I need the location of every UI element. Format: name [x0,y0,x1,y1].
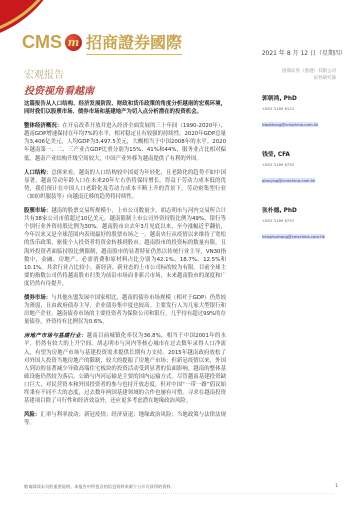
report-title: 投资视角看越南 [24,82,94,97]
section-stock-market: 股票市场：越南的股票交易所规模小，上市公司数量少，胡志明市与河内交易所合计共有3… [24,207,226,288]
page-number: 1 [335,484,338,489]
section-lead: 整体经济概况： [24,123,62,129]
analyst-card: 郭朝鸿, PhD +852 3189 6121 kwokhong@cmschin… [262,93,358,130]
company-info: 招商证券（香港）有限公司 证券研究部 [282,68,336,82]
analyst-email-link[interactable]: qianying@cmschina.com.hk [262,178,315,183]
company-logo: CMS m 招商證券國際 [22,30,182,55]
section-text: 总体来看，越南的人口结构较中国更为年轻化，且老龄化的趋势不如中国显著，越南劳动年… [24,170,226,200]
footer-divider [24,493,334,494]
analyst-email-link[interactable]: henghuzhang@cmschina.com.hk [262,234,325,239]
section-lead: 债券市场： [24,295,51,301]
section-text: 与其他东盟发展中国家相比，越南的债券市场规模（相对于GDP）仍然较为薄弱，且由政… [24,295,226,325]
analyst-phone: +852 3189 6752 [262,162,358,167]
analyst-name: 钱莹, CFA [262,149,358,158]
section-risk: 风险：汇率与利率波动；新冠疫情；经济衰退；地缘政治风险；当地政策与法律法规等。 [24,411,226,427]
company-name: 招商证券（香港）有限公司 [282,68,336,75]
section-lead: 股票市场： [24,208,51,214]
footer-disclaimer: 敬请阅读末页的重要说明。本报告中所包含的信息资料来源于公开可获得的资料。 [24,484,324,490]
analyst-card: 张朴德, PhD +852 3189 6751 henghuzhang@cmsc… [262,205,358,242]
section-economy: 整体经济概况：在开启改革开放并进入经济全面发展的三十年间（1990-2020年）… [24,122,226,162]
section-text: 汇率与利率波动；新冠疫情；经济衰退；地缘政治风险；当地政策与法律法规等。 [24,412,226,426]
report-body: 这篇报告从人口结构、经济发展阶段、财政和货币政策的角度分析越南的宏观环境，同时我… [24,100,226,433]
analyst-name: 张朴德, PhD [262,205,358,214]
section-real-estate: 房地产市场与基建行业：越南目前城镇化率仅为36.8%，相当于中国2001年的水平… [24,332,226,405]
analyst-email-link[interactable]: kwokhong@cmschina.com.hk [262,122,318,127]
analyst-sidebar: 郭朝鸿, PhD +852 3189 6121 kwokhong@cmschin… [262,93,358,261]
section-lead: 风险： [24,412,40,418]
section-lead: 人口结构： [24,170,51,176]
report-summary: 这篇报告从人口结构、经济发展阶段、财政和货币政策的角度分析越南的宏观环境，同时我… [24,100,226,116]
analyst-card: 钱莹, CFA +852 3189 6752 qianying@cmschina… [262,149,358,186]
section-text: 越南目前城镇化率仅为36.8%，相当于中国2001年的水平，仍然有较大的上升空间… [24,333,226,404]
analyst-phone: +852 3189 6121 [262,106,358,111]
section-text: 越南的股票交易所规模小，上市公司数量少，胡志明市与河内交易所合计共有38家公司市… [24,208,226,287]
logo-text-cn: 招商證券國際 [86,30,182,55]
analyst-name: 郭朝鸿, PhD [262,93,358,102]
section-population: 人口结构：总体来看，越南的人口结构较中国更为年轻化，且老龄化的趋势不如中国显著，… [24,169,226,201]
department-name: 证券研究部 [282,75,336,82]
logo-mark-icon: m [65,34,82,51]
logo-text-en: CMS [22,32,62,53]
report-date: 2021 年 8 月 12 日（星期四） [262,48,346,57]
section-bond-market: 债券市场：与其他东盟发展中国家相比，越南的债券市场规模（相对于GDP）仍然较为薄… [24,294,226,326]
analyst-phone: +852 3189 6751 [262,218,358,223]
report-category: 宏观报告 [24,66,64,81]
section-lead: 房地产市场与基建行业： [24,333,87,339]
